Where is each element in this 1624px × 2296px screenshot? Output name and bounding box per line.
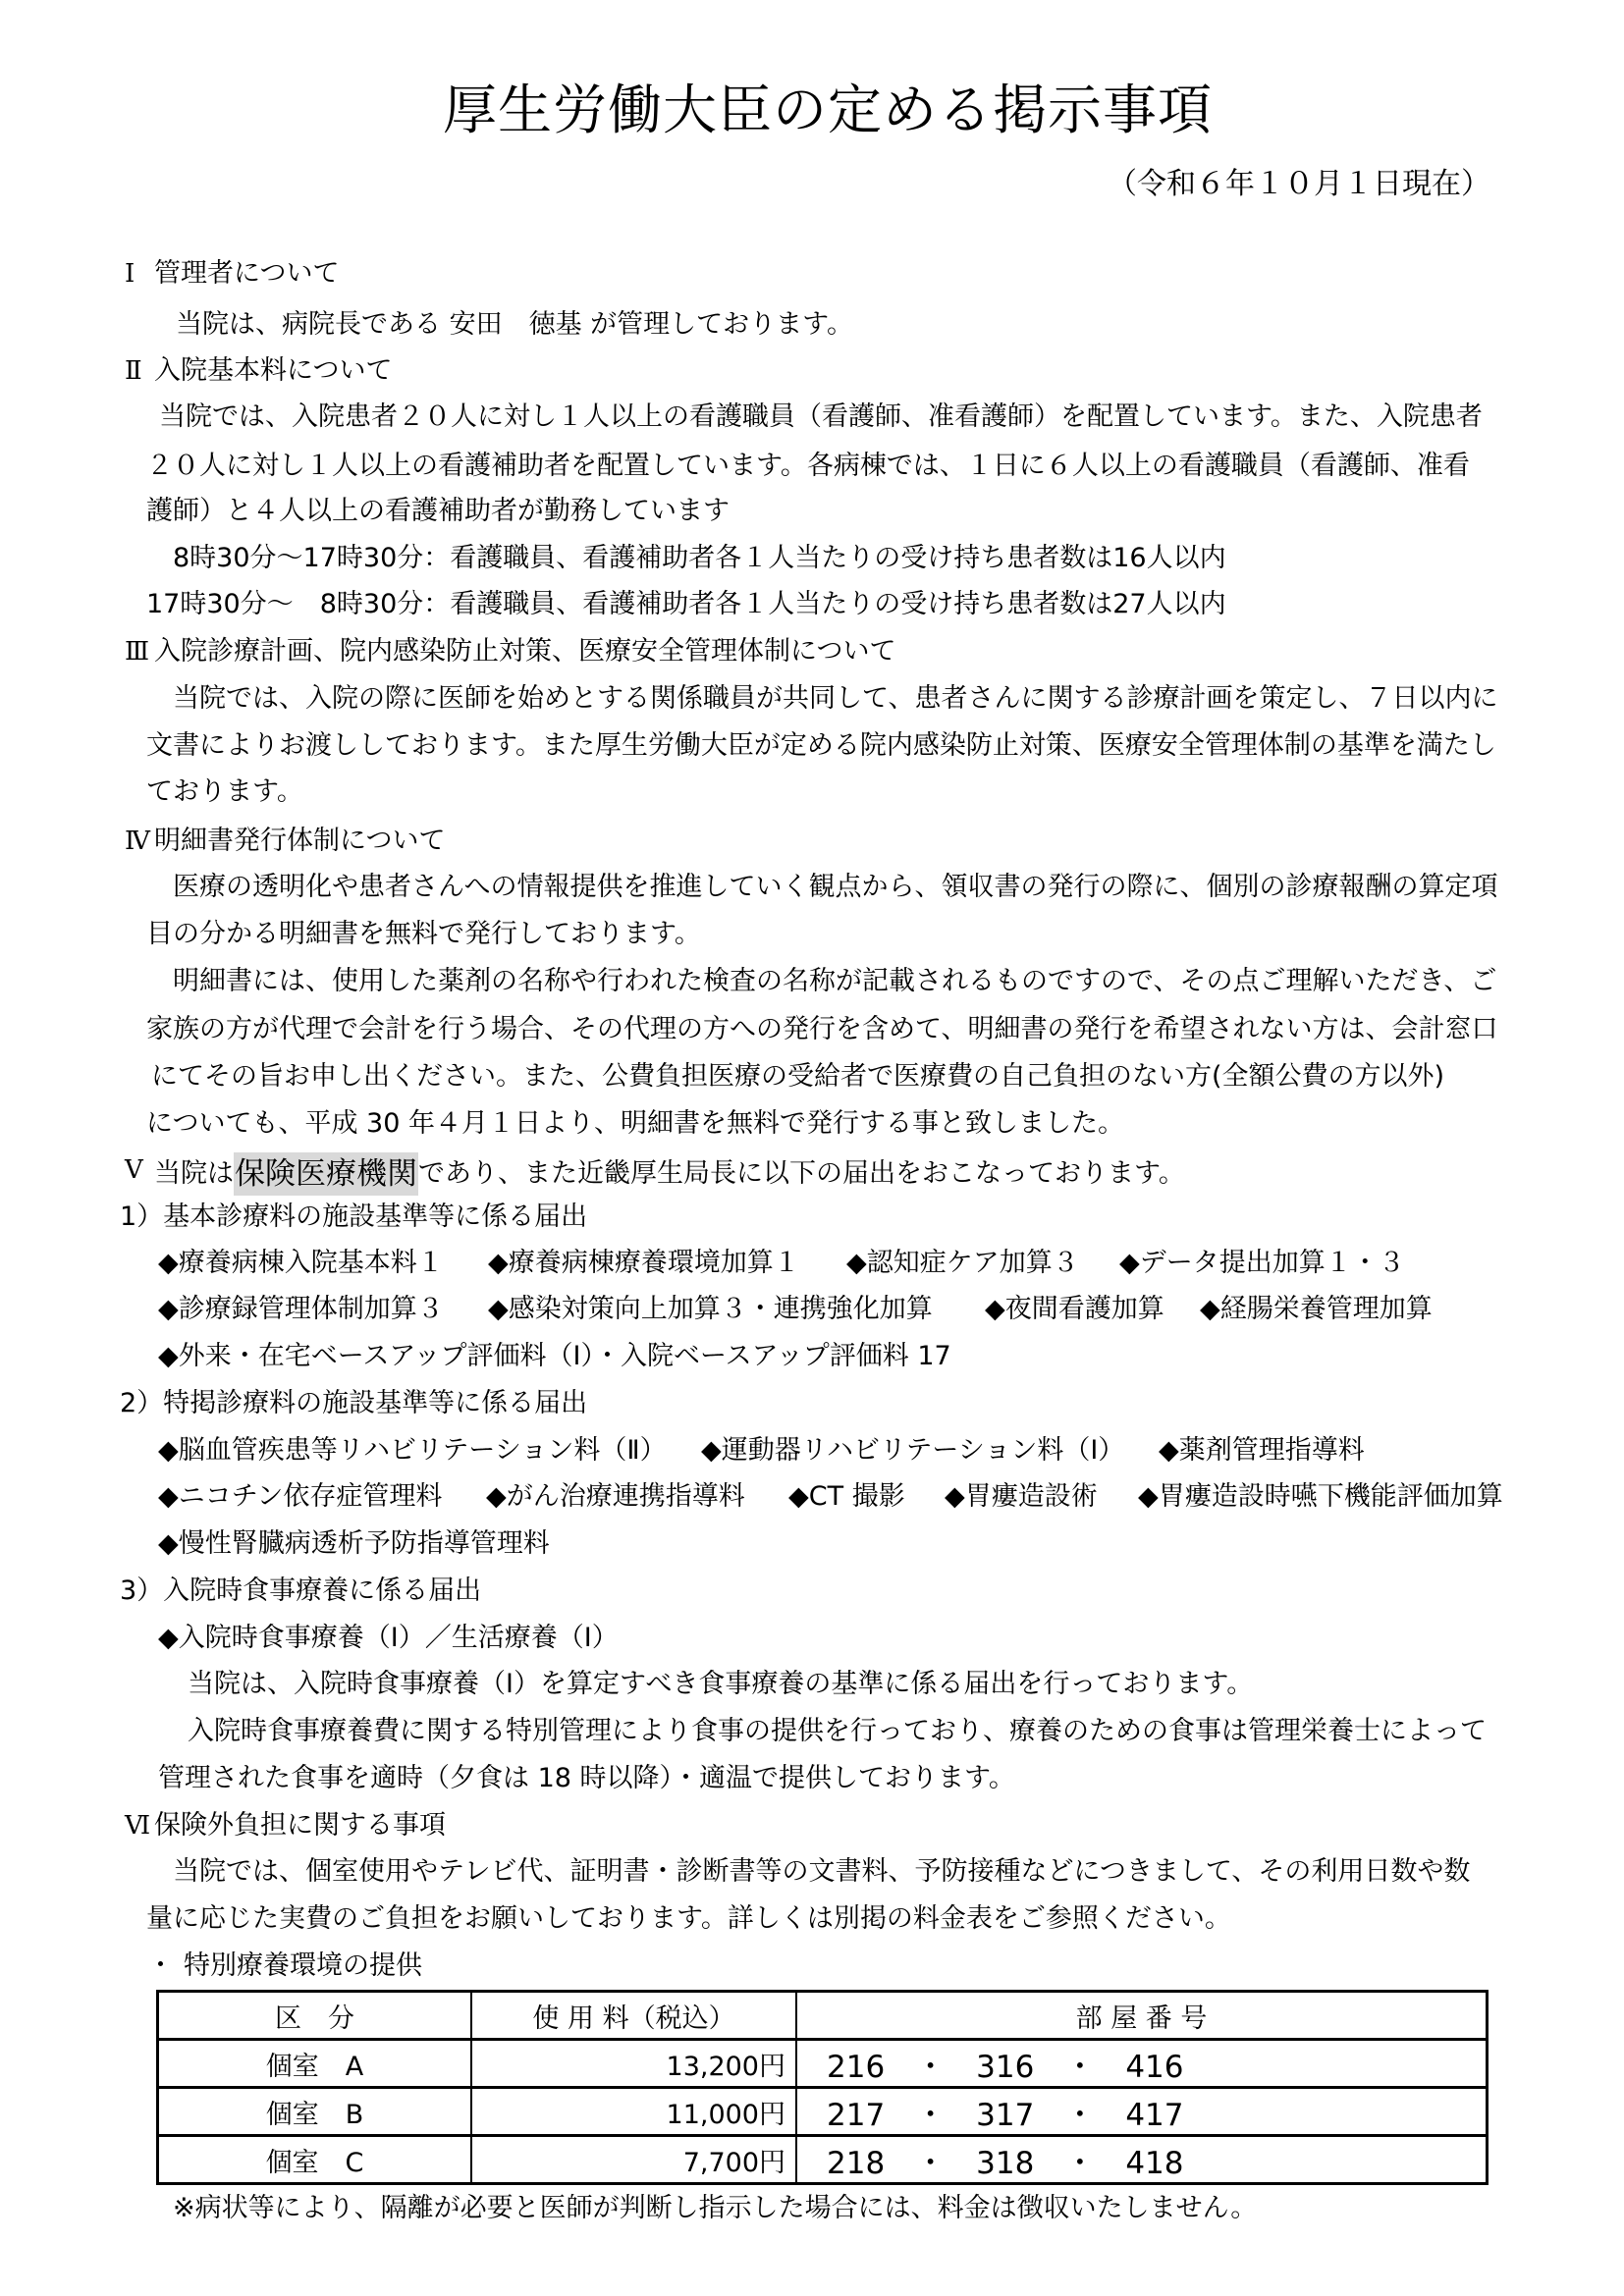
body-text-line: 当院では、個室使用やテレビ代、証明書・診断書等の文書料、予防接種などにつきまして… [173, 1854, 1470, 1890]
subsection-label-specific-fees: 2）特掲診療料の施設基準等に係る届出 [120, 1386, 587, 1421]
table-row: 個室 C 7,700円 218 ・ 318 ・ 418 [158, 2136, 1488, 2184]
body-text-line: にてその旨お申し出ください。また、公費負担医療の受給者で医療費の自己負担のない方… [151, 1059, 1444, 1095]
footnote: ※病状等により、隔離が必要と医師が判断し指示した場合には、料金は徴収いたしません… [173, 2191, 1257, 2226]
filing-item: ◆ニコチン依存症管理料 [158, 1479, 442, 1515]
filing-item: ◆CT 撮影 [788, 1479, 905, 1515]
filing-item: ◆療養病棟入院基本料１ [158, 1246, 444, 1281]
filing-item: ◆薬剤管理指導料 [1159, 1433, 1365, 1468]
room-fee: 11,000円 [471, 2088, 796, 2136]
section-numeral-4: Ⅳ [125, 824, 150, 859]
filing-item: ◆がん治療連携指導料 [486, 1479, 745, 1515]
table-row: 個室 A 13,200円 216 ・ 316 ・ 416 [158, 2040, 1488, 2088]
filing-item: ◆外来・在宅ベースアップ評価料（Ⅰ）・入院ベースアップ評価料 17 [158, 1339, 951, 1374]
body-text-line: 管理された食事を適時（夕食は 18 時以降）・適温で提供しております。 [158, 1761, 1015, 1796]
body-text-line: 医療の透明化や患者さんへの情報提供を推進していく観点から、領収書の発行の際に、個… [173, 870, 1497, 905]
room-numbers: 216 ・ 316 ・ 416 [796, 2040, 1488, 2088]
body-text-line: 当院では、入院患者２０人に対し１人以上の看護職員（看護師、准看護師）を配置してい… [159, 400, 1483, 435]
body-text-line: ております。 [146, 774, 303, 810]
section-numeral-5: Ⅴ [125, 1152, 143, 1188]
highlighted-term: 保険医療機関 [234, 1152, 418, 1196]
notice-document: 厚生労働大臣の定める掲示事項 （令和６年１０月１日現在） Ⅰ 管理者について 当… [0, 0, 1624, 2296]
body-text-line: 明細書には、使用した薬剤の名称や行われた検査の名称が記載されるものですので、その… [173, 964, 1496, 999]
body-text-line: 入院時食事療養費に関する特別管理により食事の提供を行っており、療養のための食事は… [188, 1714, 1487, 1749]
section-numeral-2: Ⅱ [125, 353, 142, 389]
filing-item: ◆胃瘻造設術 [945, 1479, 1098, 1515]
section-heading-filings: 当院は保険医療機関であり、また近畿厚生局長に以下の届出をおこなっております。 [154, 1152, 1185, 1188]
column-header-category: 区 分 [158, 1992, 472, 2040]
section-heading-basic-admission-fee: 入院基本料について [154, 353, 392, 389]
section-heading-non-insured-costs: 保険外負担に関する事項 [154, 1808, 446, 1843]
body-text-line: についても、平成 30 年４月１日より、明細書を無料で発行する事と致しました。 [146, 1106, 1124, 1142]
body-text-line: 護師）と４人以上の看護補助者が勤務しています [146, 494, 730, 529]
filing-item: ◆脳血管疾患等リハビリテーション料（Ⅱ） [158, 1433, 667, 1468]
filing-item: ◆療養病棟療養環境加算１ [488, 1246, 800, 1281]
body-text-line: ２０人に対し１人以上の看護補助者を配置しています。各病棟では、１日に６人以上の看… [146, 449, 1470, 484]
room-type: 個室 C [158, 2136, 472, 2184]
document-title: 厚生労働大臣の定める掲示事項 [443, 75, 1213, 145]
column-header-room-numbers: 部 屋 番 号 [796, 1992, 1488, 2040]
private-room-fee-table: 区 分 使 用 料（税込） 部 屋 番 号 個室 A 13,200円 216 ・… [156, 1990, 1489, 2185]
section-numeral-1: Ⅰ [125, 256, 135, 292]
filing-item: ◆認知症ケア加算３ [846, 1246, 1079, 1281]
filing-item: ◆経腸栄養管理加算 [1200, 1292, 1433, 1327]
filing-item: ◆運動器リハビリテーション料（Ⅰ） [701, 1433, 1124, 1468]
section-numeral-6: Ⅵ [125, 1808, 150, 1843]
table-caption: 特別療養環境の提供 [184, 1949, 422, 1984]
room-fee: 13,200円 [471, 2040, 796, 2088]
body-text-line: 当院は、病院長である 安田 徳基 が管理しております。 [176, 307, 853, 343]
body-text-line: 文書によりお渡ししております。また厚生労働大臣が定める院内感染防止対策、医療安全… [146, 728, 1496, 764]
table-header-row: 区 分 使 用 料（税込） 部 屋 番 号 [158, 1992, 1488, 2040]
as-of-date: （令和６年１０月１日現在） [1108, 165, 1490, 204]
filing-item: ◆データ提出加算１・３ [1119, 1246, 1405, 1281]
body-text-line: 当院は、入院時食事療養（Ⅰ）を算定すべき食事療養の基準に係る届出を行っております… [188, 1667, 1253, 1702]
subsection-label-basic-fees: 1）基本診療料の施設基準等に係る届出 [120, 1200, 587, 1235]
filing-item: ◆入院時食事療養（Ⅰ）／生活療養（Ⅰ） [158, 1621, 619, 1656]
body-text-line: 家族の方が代理で会計を行う場合、その代理の方への発行を含めて、明細書の発行を希望… [146, 1012, 1497, 1047]
body-text-line: 目の分かる明細書を無料で発行しております。 [146, 917, 701, 952]
room-numbers: 218 ・ 318 ・ 418 [796, 2136, 1488, 2184]
bullet-icon: ・ [147, 1949, 174, 1984]
filing-item: ◆夜間看護加算 [985, 1292, 1164, 1327]
room-fee: 7,700円 [471, 2136, 796, 2184]
staffing-ratio-day: 8時30分～17時30分：看護職員、看護補助者各１人当たりの受け持ち患者数は16… [173, 541, 1226, 576]
section-heading-care-plan-safety: 入院診療計画、院内感染防止対策、医療安全管理体制について [154, 634, 895, 669]
filing-item: ◆感染対策向上加算３・連携強化加算 [488, 1292, 933, 1327]
staffing-ratio-night: 17時30分～ 8時30分：看護職員、看護補助者各１人当たりの受け持ち患者数は2… [146, 587, 1226, 622]
section-heading-administrator: 管理者について [154, 256, 339, 292]
subsection-label-meal-service: 3）入院時食事療養に係る届出 [120, 1574, 481, 1609]
column-header-fee: 使 用 料（税込） [471, 1992, 796, 2040]
heading-text-post: であり、また近畿厚生局長に以下の届出をおこなっております。 [418, 1158, 1185, 1189]
filing-item: ◆胃瘻造設時嚥下機能評価加算 [1138, 1479, 1503, 1515]
room-type: 個室 B [158, 2088, 472, 2136]
body-text-line: 当院では、入院の際に医師を始めとする関係職員が共同して、患者さんに関する診療計画… [173, 681, 1497, 717]
section-heading-itemized-statement: 明細書発行体制について [154, 824, 445, 859]
table-row: 個室 B 11,000円 217 ・ 317 ・ 417 [158, 2088, 1488, 2136]
body-text-line: 量に応じた実費のご負担をお願いしております。詳しくは別掲の料金表をご参照ください… [146, 1901, 1231, 1937]
section-numeral-3: Ⅲ [125, 634, 149, 669]
filing-item: ◆慢性腎臓病透析予防指導管理料 [158, 1526, 550, 1562]
room-numbers: 217 ・ 317 ・ 417 [796, 2088, 1488, 2136]
filing-item: ◆診療録管理体制加算３ [158, 1292, 444, 1327]
room-type: 個室 A [158, 2040, 472, 2088]
heading-text-pre: 当院は [154, 1158, 234, 1189]
